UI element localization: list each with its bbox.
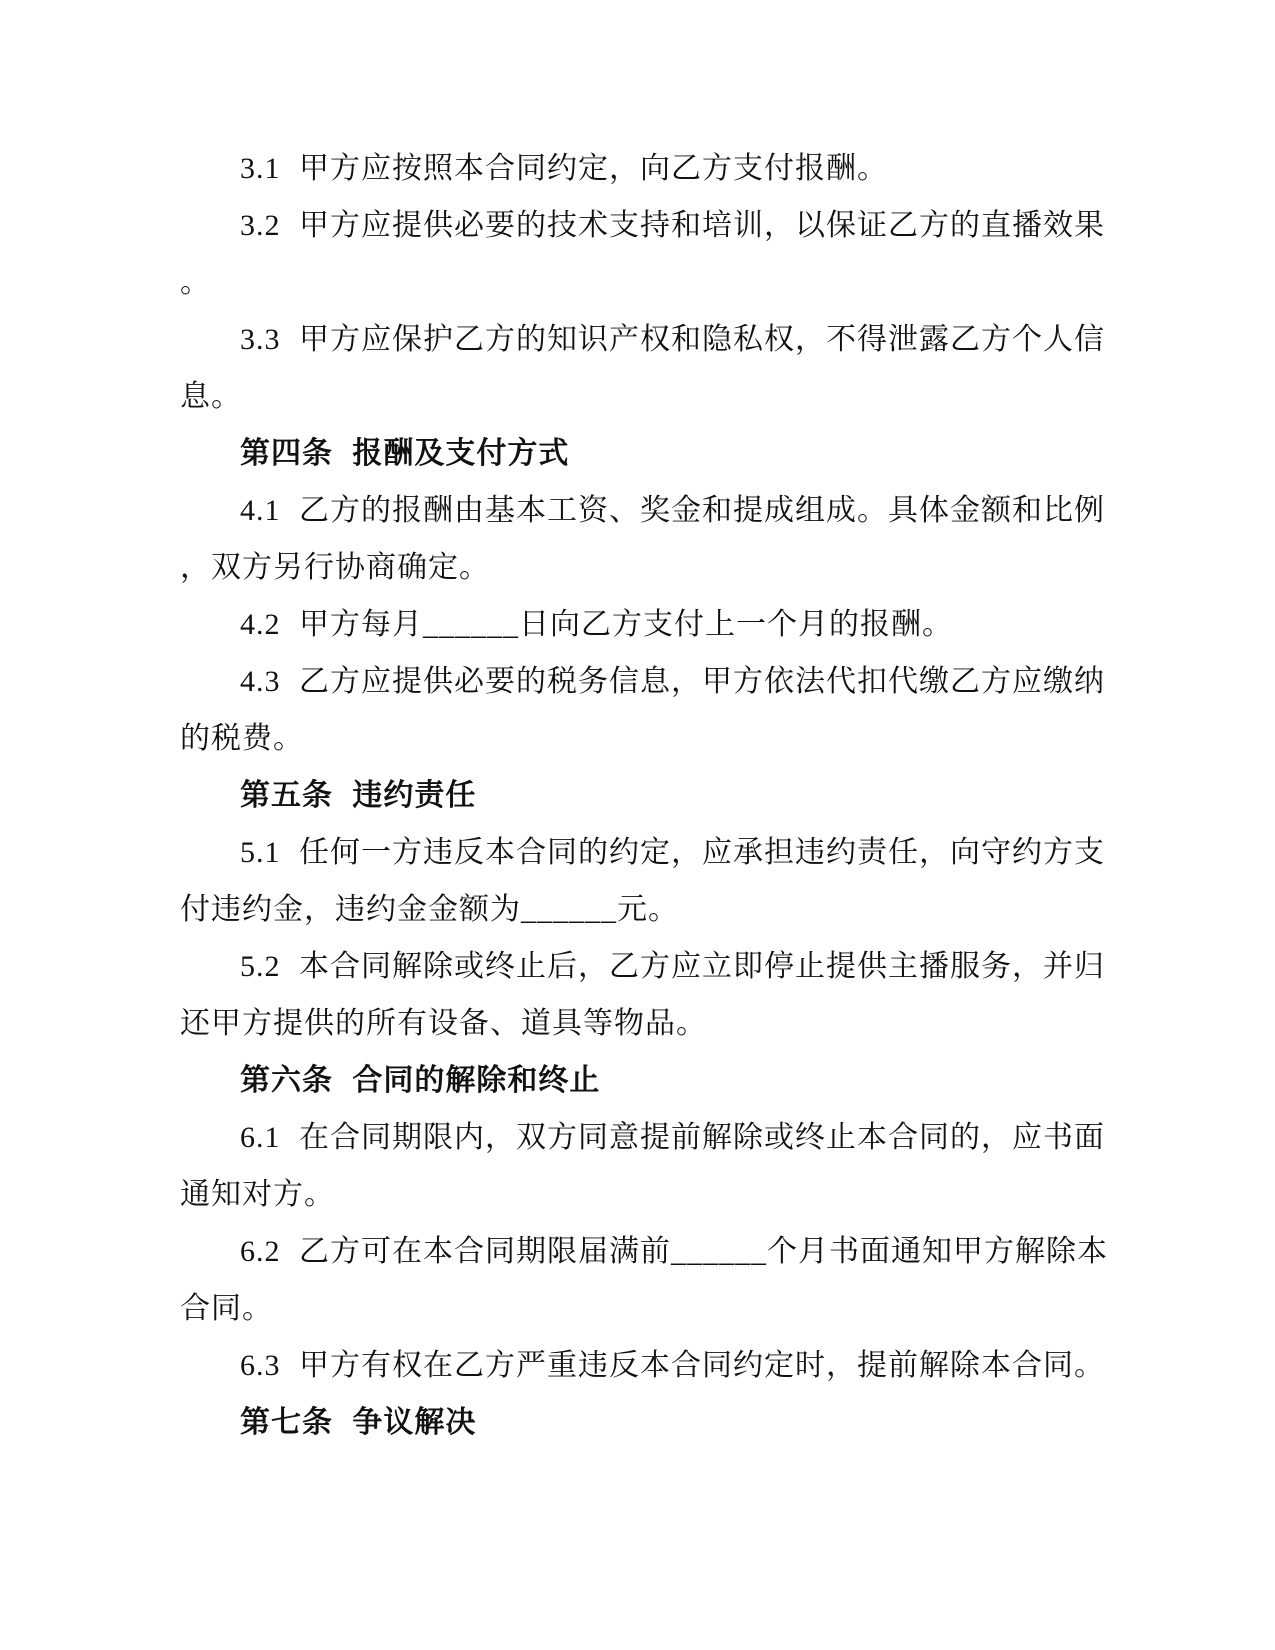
contract-line: 4.3 乙方应提供必要的税务信息，甲方依法代扣代缴乙方应缴纳 <box>180 653 1090 710</box>
contract-line: 3.1 甲方应按照本合同约定，向乙方支付报酬。 <box>180 140 1090 197</box>
contract-line: 的税费。 <box>180 710 1090 767</box>
contract-document: 3.1 甲方应按照本合同约定，向乙方支付报酬。 3.2 甲方应提供必要的技术支持… <box>180 140 1090 1451</box>
contract-line: ，双方另行协商确定。 <box>180 539 1090 596</box>
section-heading: 第五条 违约责任 <box>180 767 1090 824</box>
contract-line: 3.3 甲方应保护乙方的知识产权和隐私权，不得泄露乙方个人信 <box>180 311 1090 368</box>
contract-line: 合同。 <box>180 1280 1090 1337</box>
section-heading: 第四条 报酬及支付方式 <box>180 425 1090 482</box>
contract-line: 6.2 乙方可在本合同期限届满前______个月书面通知甲方解除本 <box>180 1223 1090 1280</box>
section-heading: 第六条 合同的解除和终止 <box>180 1052 1090 1109</box>
contract-line: 通知对方。 <box>180 1166 1090 1223</box>
contract-line: 4.2 甲方每月______日向乙方支付上一个月的报酬。 <box>180 596 1090 653</box>
contract-line: 息。 <box>180 368 1090 425</box>
document-page: 3.1 甲方应按照本合同约定，向乙方支付报酬。 3.2 甲方应提供必要的技术支持… <box>0 0 1275 1650</box>
contract-line: 。 <box>180 254 1090 311</box>
contract-line: 6.3 甲方有权在乙方严重违反本合同约定时，提前解除本合同。 <box>180 1337 1090 1394</box>
contract-line: 还甲方提供的所有设备、道具等物品。 <box>180 995 1090 1052</box>
contract-line: 3.2 甲方应提供必要的技术支持和培训，以保证乙方的直播效果 <box>180 197 1090 254</box>
contract-line: 4.1 乙方的报酬由基本工资、奖金和提成组成。具体金额和比例 <box>180 482 1090 539</box>
contract-line: 6.1 在合同期限内，双方同意提前解除或终止本合同的，应书面 <box>180 1109 1090 1166</box>
contract-line: 付违约金，违约金金额为______元。 <box>180 881 1090 938</box>
contract-line: 5.1 任何一方违反本合同的约定，应承担违约责任，向守约方支 <box>180 824 1090 881</box>
section-heading: 第七条 争议解决 <box>180 1394 1090 1451</box>
contract-line: 5.2 本合同解除或终止后，乙方应立即停止提供主播服务，并归 <box>180 938 1090 995</box>
